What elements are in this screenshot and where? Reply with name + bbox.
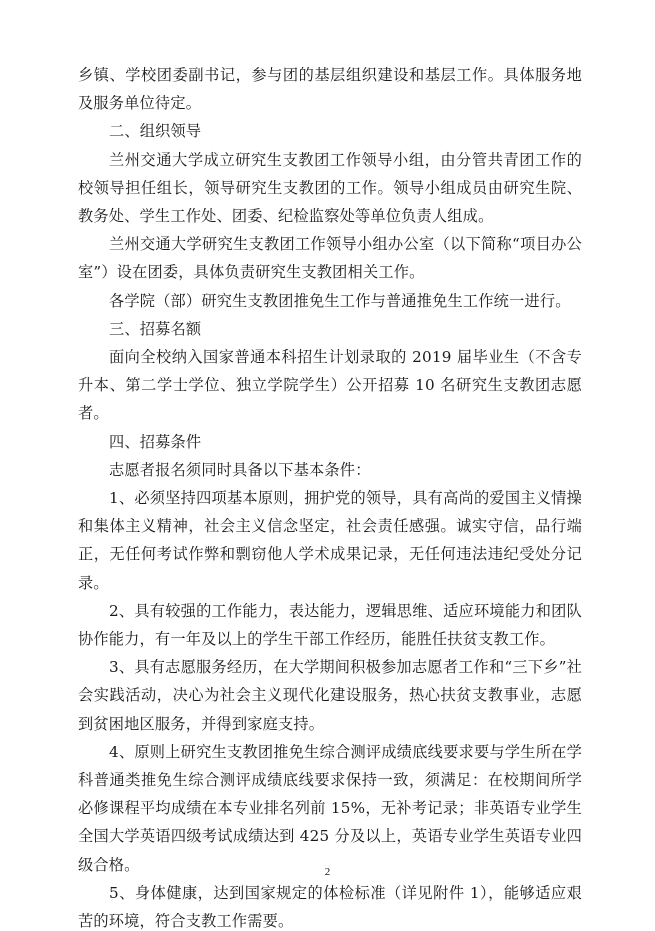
section-heading-organization: 二、组织领导: [78, 117, 582, 145]
section-heading-quota: 三、招募名额: [78, 315, 582, 343]
paragraph-leadership-group: 兰州交通大学成立研究生支教团工作领导小组，由分管共青团工作的校领导担任组长，领导…: [78, 146, 582, 231]
paragraph-college-recommendation: 各学院（部）研究生支教团推免生工作与普通推免生工作统一进行。: [78, 287, 582, 315]
paragraph-service-location: 乡镇、学校团委副书记，参与团的基层组织建设和基层工作。具体服务地及服务单位待定。: [78, 61, 582, 117]
requirement-item-3: 3、具有志愿服务经历，在大学期间积极参加志愿者工作和“三下乡”社会实践活动，决心…: [78, 653, 582, 738]
requirement-item-5: 5、身体健康，达到国家规定的体检标准（详见附件 1），能够适应艰苦的环境，符合支…: [78, 879, 582, 931]
page-number: 2: [0, 866, 655, 878]
requirement-item-1: 1、必须坚持四项基本原则，拥护党的领导，具有高尚的爱国主义情操和集体主义精神，社…: [78, 484, 582, 597]
paragraph-requirements-intro: 志愿者报名须同时具备以下基本条件：: [78, 456, 582, 484]
paragraph-quota: 面向全校纳入国家普通本科招生计划录取的 2019 届毕业生（不含专升本、第二学士…: [78, 343, 582, 428]
paragraph-project-office: 兰州交通大学研究生支教团工作领导小组办公室（以下简称“项目办公室”）设在团委，具…: [78, 230, 582, 286]
requirement-item-4: 4、原则上研究生支教团推免生综合测评成绩底线要求要与学生所在学科普通类推免生综合…: [78, 738, 582, 879]
section-heading-requirements: 四、招募条件: [78, 428, 582, 456]
requirement-item-2: 2、具有较强的工作能力，表达能力，逻辑思维、适应环境能力和团队协作能力，有一年及…: [78, 597, 582, 653]
document-page: 乡镇、学校团委副书记，参与团的基层组织建设和基层工作。具体服务地及服务单位待定。…: [78, 61, 582, 931]
